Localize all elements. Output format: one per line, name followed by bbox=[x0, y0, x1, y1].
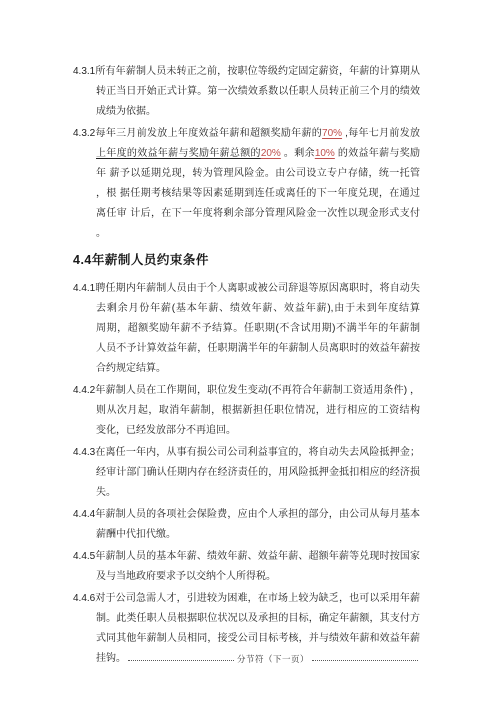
text-run: 转正当日开始正式计算。第一次绩效系数以任职人员转正前三个月的绩效 bbox=[96, 86, 420, 97]
text-run: 4.3.1所有年薪制人员未转正之前，按职位等级约定固定薪资，年薪的计算期从 bbox=[73, 66, 420, 77]
text-line: 。 bbox=[96, 224, 420, 244]
clause-4-3-1: 4.3.1所有年薪制人员未转正之前，按职位等级约定固定薪资，年薪的计算期从转正当… bbox=[73, 62, 420, 122]
clause-4-4-6: 4.4.6对于公司急需人才，引进较为困难，在市场上较为缺乏，也可以采用年薪制。此… bbox=[73, 589, 420, 669]
document-body: 4.3.1所有年薪制人员未转正之前，按职位等级约定固定薪资，年薪的计算期从转正当… bbox=[73, 62, 420, 671]
text-run: 的效益年薪与奖励 bbox=[335, 148, 420, 159]
text-run: 合约规定结算。 bbox=[96, 363, 166, 374]
text-run: 式同其他年薪制人员相同，接受公司目标考核，并与绩效年薪和效益年薪 bbox=[96, 633, 420, 644]
clause-4-3-2: 4.3.2每年三月前发放上年度效益年薪和超额奖励年薪的70% ,每年七月前发放上… bbox=[73, 124, 420, 244]
text-line: 薪酬中代扣代缴。 bbox=[96, 525, 420, 545]
text-line: 上年度的效益年薪与奖励年薪总额的20% 。剩余10% 的效益年薪与奖励 bbox=[96, 144, 420, 164]
text-run: ,每年七月前发放 bbox=[342, 128, 420, 139]
text-line: 成绩为依据。 bbox=[96, 102, 420, 122]
text-line: 4.4.1聘任期内年薪制人员由于个人离职或被公司辞退等原因离职时，将自动失 bbox=[73, 279, 420, 299]
text-line: 则从次月起，取消年薪制，根据新担任职位情况，进行相应的工资结构 bbox=[96, 401, 420, 421]
text-run: 变化，已经发放部分不再追回。 bbox=[96, 425, 236, 436]
text-line: 4.4.5年薪制人员的基本年薪、绩效年薪、效益年薪、超额年薪等兑现时按国家 bbox=[73, 547, 420, 567]
text-run: 制。此类任职人员根据职位状况以及承担的目标，确定年薪额，其支付方 bbox=[96, 613, 420, 624]
section-break-label: 分节符（下一页） bbox=[236, 649, 310, 669]
clause-4-4-5: 4.4.5年薪制人员的基本年薪、绩效年薪、效益年薪、超额年薪等兑现时按国家及与当… bbox=[73, 547, 420, 587]
text-line: 4.3.1所有年薪制人员未转正之前，按职位等级约定固定薪资，年薪的计算期从 bbox=[73, 62, 420, 82]
text-line: 离任审 计后，在下一年度将剩余部分管理风险金一次性以现金形式支付 bbox=[96, 204, 420, 224]
text-line: 周期，超额奖励年薪不予结算。任职期(不含试用期)不满半年的年薪制 bbox=[96, 319, 420, 339]
text-line: 4.4.2年薪制人员在工作期间，职位发生变动(不再符合年薪制工资适用条件) ， bbox=[73, 381, 420, 401]
text-run: 4.3.2每年三月前发放上年度效益年薪和超额奖励年薪的 bbox=[73, 128, 322, 139]
heading-4-4: 4.4年薪制人员约束条件 bbox=[73, 250, 420, 271]
text-run: 离任审 计后，在下一年度将剩余部分管理风险金一次性以现金形式支付 bbox=[96, 208, 420, 219]
section-break-dotted-rule bbox=[312, 660, 418, 661]
text-run: 上年度的效益年薪与奖励年薪总额的 bbox=[96, 148, 261, 159]
text-line: 4.4.3在离任一年内，从事有损公司公司利益事宜的，将自动失去风险抵押金； bbox=[73, 443, 420, 463]
text-run: 挂钩。 bbox=[96, 649, 126, 669]
text-line: 制。此类任职人员根据职位状况以及承担的目标，确定年薪额，其支付方 bbox=[96, 609, 420, 629]
section-break-line: 挂钩。分节符（下一页） bbox=[96, 649, 420, 669]
text-run: 4.4.6对于公司急需人才，引进较为困难，在市场上较为缺乏，也可以采用年薪 bbox=[73, 593, 420, 604]
text-run: 年 薪予以延期兑现，转为管理风险金。由公司设立专户存储，统一托管 bbox=[96, 168, 420, 179]
text-run: 及与当地政府要求予以交纳个人所得税。 bbox=[96, 571, 276, 582]
text-run: 经审计部门确认任期内存在经济责任的，用风险抵押金抵扣相应的经济损 bbox=[96, 467, 420, 478]
text-run: 4.4.3在离任一年内，从事有损公司公司利益事宜的，将自动失去风险抵押金； bbox=[73, 447, 420, 458]
clause-4-4-3: 4.4.3在离任一年内，从事有损公司公司利益事宜的，将自动失去风险抵押金；经审计… bbox=[73, 443, 420, 503]
text-line: ，根 据任期考核结果等因素延期到连任或离任的下一年度兑现，在通过 bbox=[96, 184, 420, 204]
text-run: 周期，超额奖励年薪不予结算。任职期(不含试用期)不满半年的年薪制 bbox=[96, 323, 420, 334]
text-line: 4.4.6对于公司急需人才，引进较为困难，在市场上较为缺乏，也可以采用年薪 bbox=[73, 589, 420, 609]
text-line: 转正当日开始正式计算。第一次绩效系数以任职人员转正前三个月的绩效 bbox=[96, 82, 420, 102]
percentage-highlight: 20% bbox=[261, 148, 281, 159]
text-run: 4.4.2年薪制人员在工作期间，职位发生变动(不再符合年薪制工资适用条件) ， bbox=[73, 385, 420, 396]
text-line: 去剩余月份年薪(基本年薪、绩效年薪、效益年薪),由于未到年度结算 bbox=[96, 299, 420, 319]
section-break-dotted-rule bbox=[128, 660, 234, 661]
text-line: 4.3.2每年三月前发放上年度效益年薪和超额奖励年薪的70% ,每年七月前发放 bbox=[73, 124, 420, 144]
text-run: 。 bbox=[96, 228, 106, 239]
text-line: 式同其他年薪制人员相同，接受公司目标考核，并与绩效年薪和效益年薪 bbox=[96, 629, 420, 649]
text-run: 人员不予计算效益年薪，任职期满半年的年薪制人员离职时的效益年薪按 bbox=[96, 343, 420, 354]
text-run: 薪酬中代扣代缴。 bbox=[96, 529, 176, 540]
clause-4-4-4: 4.4.4年薪制人员的各项社会保险费，应由个人承担的部分，由公司从每月基本薪酬中… bbox=[73, 505, 420, 545]
text-run: ，根 据任期考核结果等因素延期到连任或离任的下一年度兑现，在通过 bbox=[96, 188, 420, 199]
text-line: 变化，已经发放部分不再追回。 bbox=[96, 421, 420, 441]
text-run: 失。 bbox=[96, 487, 116, 498]
clause-4-4-1: 4.4.1聘任期内年薪制人员由于个人离职或被公司辞退等原因离职时，将自动失去剩余… bbox=[73, 279, 420, 379]
text-run: 4.4.1聘任期内年薪制人员由于个人离职或被公司辞退等原因离职时，将自动失 bbox=[73, 283, 420, 294]
text-run: 4.4.4年薪制人员的各项社会保险费，应由个人承担的部分，由公司从每月基本 bbox=[73, 509, 420, 520]
text-run: 则从次月起，取消年薪制，根据新担任职位情况，进行相应的工资结构 bbox=[96, 405, 420, 416]
text-line: 人员不予计算效益年薪，任职期满半年的年薪制人员离职时的效益年薪按 bbox=[96, 339, 420, 359]
text-line: 及与当地政府要求予以交纳个人所得税。 bbox=[96, 567, 420, 587]
percentage-highlight: 10% bbox=[315, 148, 335, 159]
text-run: 4.4.5年薪制人员的基本年薪、绩效年薪、效益年薪、超额年薪等兑现时按国家 bbox=[73, 551, 420, 562]
text-line: 经审计部门确认任期内存在经济责任的，用风险抵押金抵扣相应的经济损 bbox=[96, 463, 420, 483]
text-line: 失。 bbox=[96, 483, 420, 503]
text-run: 。剩余 bbox=[281, 148, 315, 159]
text-line: 年 薪予以延期兑现，转为管理风险金。由公司设立专户存储，统一托管 bbox=[96, 164, 420, 184]
document-page: { "colors": { "text": "#212121", "accent… bbox=[0, 0, 500, 706]
text-run: 成绩为依据。 bbox=[96, 106, 156, 117]
text-run: 去剩余月份年薪(基本年薪、绩效年薪、效益年薪),由于未到年度结算 bbox=[96, 303, 420, 314]
percentage-highlight: 70% bbox=[322, 128, 342, 139]
clause-4-4-2: 4.4.2年薪制人员在工作期间，职位发生变动(不再符合年薪制工资适用条件) ，则… bbox=[73, 381, 420, 441]
text-line: 合约规定结算。 bbox=[96, 359, 420, 379]
text-line: 4.4.4年薪制人员的各项社会保险费，应由个人承担的部分，由公司从每月基本 bbox=[73, 505, 420, 525]
